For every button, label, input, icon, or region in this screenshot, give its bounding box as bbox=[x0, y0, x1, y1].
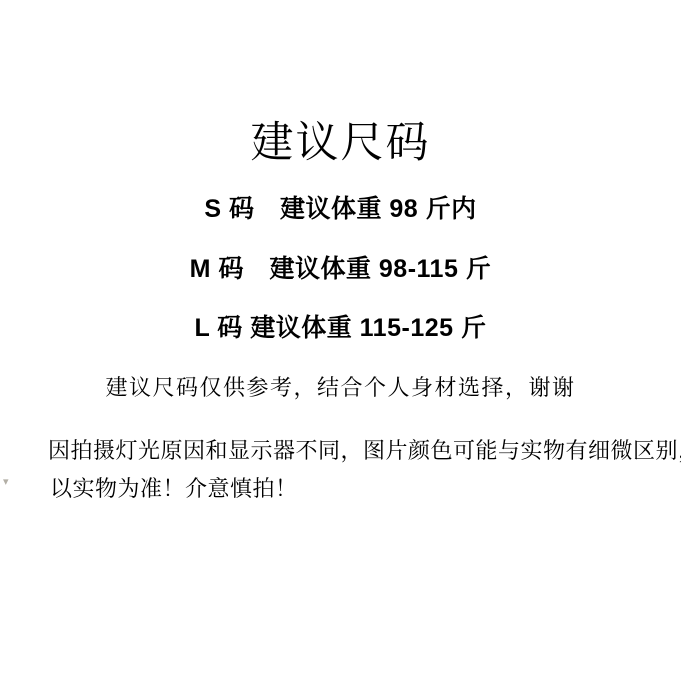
size-line-m: M 码 建议体重 98-115 斤 bbox=[0, 257, 681, 282]
size-line-s: S 码 建议体重 98 斤内 bbox=[0, 197, 681, 222]
size-guide-page: 建议尺码 S 码 建议体重 98 斤内 M 码 建议体重 98-115 斤 L … bbox=[0, 0, 681, 681]
page-title: 建议尺码 bbox=[0, 122, 681, 165]
collapse-arrow-icon: ▾ bbox=[3, 477, 9, 488]
color-disclaimer-line-2: 以实物为准！介意慎拍！ bbox=[50, 478, 298, 500]
size-line-l: L 码 建议体重 115-125 斤 bbox=[0, 316, 681, 341]
size-reference-note: 建议尺码仅供参考，结合个人身材选择，谢谢 bbox=[0, 377, 681, 399]
color-disclaimer-line-1: 因拍摄灯光原因和显示器不同，图片颜色可能与实物有细微区别，请 bbox=[48, 440, 681, 462]
